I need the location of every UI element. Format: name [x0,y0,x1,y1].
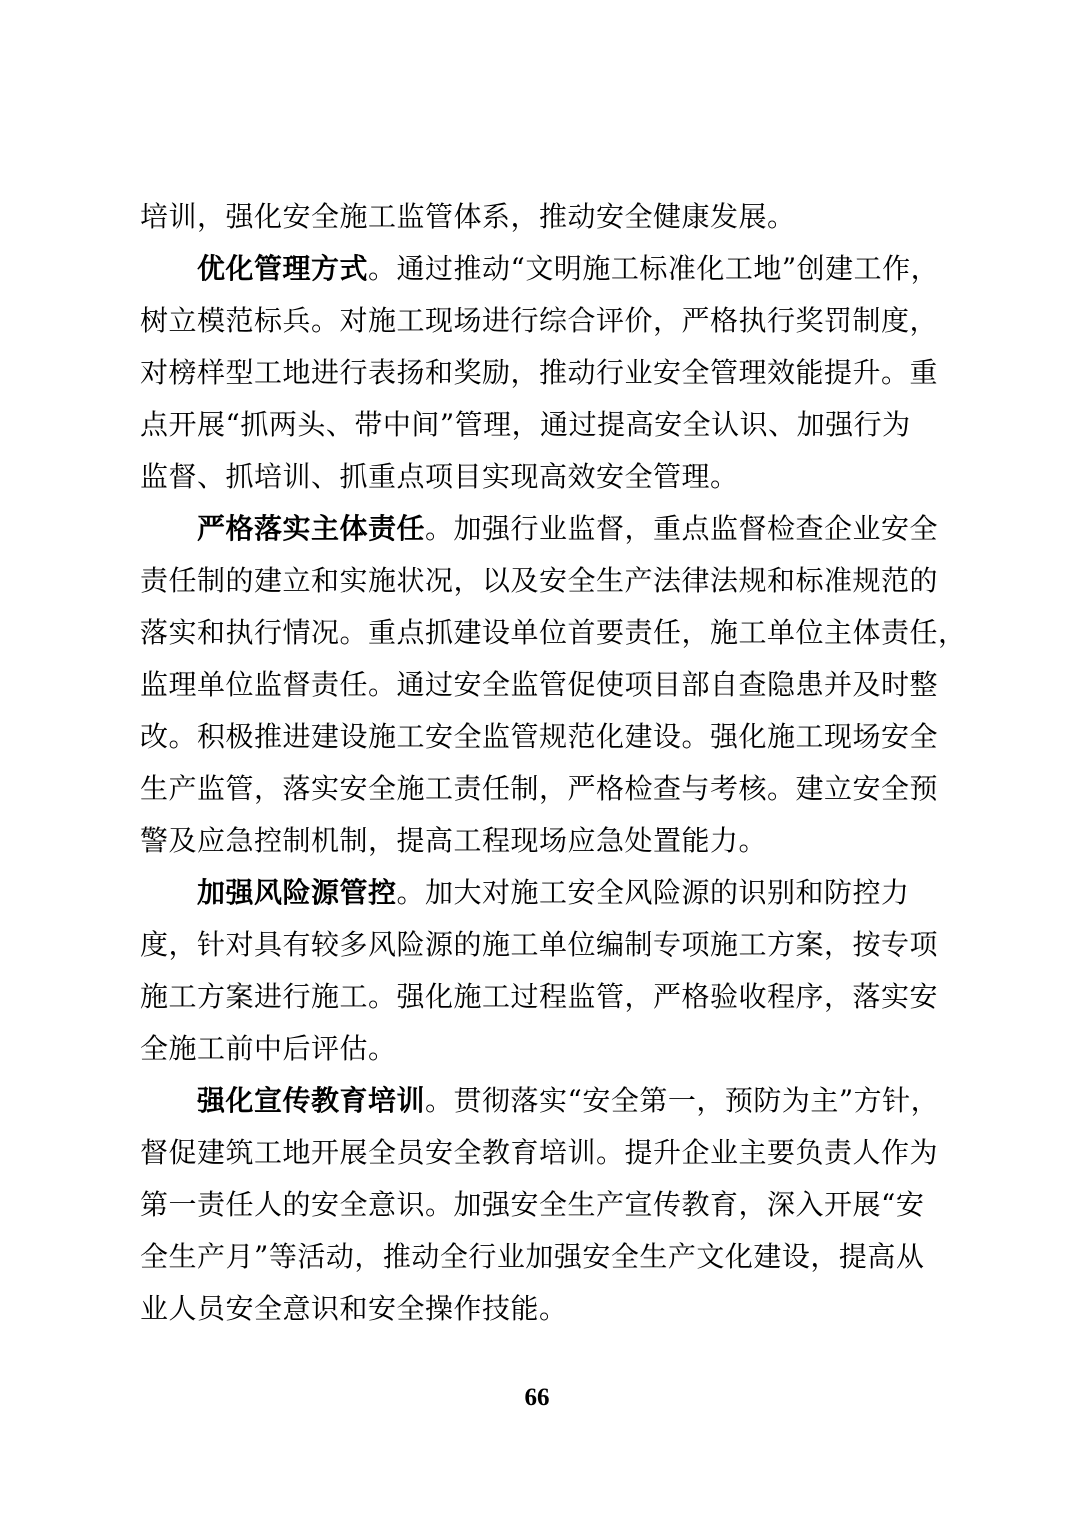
text-run: 。通过推动“文明施工标准化工地”创建工作， [368,252,939,285]
text-line: 培训，强化安全施工监管体系，推动安全健康发展。 [140,191,938,243]
text-run: 改。积极推进建设施工安全监管规范化建设。强化施工现场安全 [140,720,938,753]
text-line: 全生产月”等活动，推动全行业加强安全生产文化建设，提高从 [140,1231,938,1283]
text-line: 监督、抓培训、抓重点项目实现高效安全管理。 [140,451,938,503]
text-run: 。加大对施工安全风险源的识别和防控力 [397,876,910,909]
text-run: 对榜样型工地进行表扬和奖励，推动行业安全管理效能提升。重 [140,356,938,389]
text-run: 监理单位监督责任。通过安全监管促使项目部自查隐患并及时整 [140,668,938,701]
text-run: 落实和执行情况。重点抓建设单位首要责任，施工单位主体责任， [140,616,967,649]
text-line: 严格落实主体责任。加强行业监督，重点监督检查企业安全 [140,503,938,555]
paragraph-lead-bold: 加强风险源管控 [197,876,397,909]
text-run: 督促建筑工地开展全员安全教育培训。提升企业主要负责人作为 [140,1136,938,1169]
paragraph: 强化宣传教育培训。贯彻落实“安全第一，预防为主”方针，督促建筑工地开展全员安全教… [140,1075,938,1335]
text-run: 培训，强化安全施工监管体系，推动安全健康发展。 [140,200,796,233]
paragraph-lead-bold: 强化宣传教育培训 [197,1084,425,1117]
text-run: 树立模范标兵。对施工现场进行综合评价，严格执行奖罚制度， [140,304,938,337]
text-run: 业人员安全意识和安全操作技能。 [140,1292,568,1325]
text-run: 全施工前中后评估。 [140,1032,397,1065]
text-line: 施工方案进行施工。强化施工过程监管，严格验收程序，落实安 [140,971,938,1023]
text-line: 度，针对具有较多风险源的施工单位编制专项施工方案，按专项 [140,919,938,971]
text-line: 督促建筑工地开展全员安全教育培训。提升企业主要负责人作为 [140,1127,938,1179]
paragraph: 培训，强化安全施工监管体系，推动安全健康发展。 [140,191,938,243]
text-line: 责任制的建立和实施状况，以及安全生产法律法规和标准规范的 [140,555,938,607]
text-run: 。加强行业监督，重点监督检查企业安全 [425,512,938,545]
text-line: 强化宣传教育培训。贯彻落实“安全第一，预防为主”方针， [140,1075,938,1127]
text-run: 全生产月”等活动，推动全行业加强安全生产文化建设，提高从 [140,1240,924,1273]
paragraph: 优化管理方式。通过推动“文明施工标准化工地”创建工作，树立模范标兵。对施工现场进… [140,243,938,503]
paragraph: 加强风险源管控。加大对施工安全风险源的识别和防控力度，针对具有较多风险源的施工单… [140,867,938,1075]
text-run: 责任制的建立和实施状况，以及安全生产法律法规和标准规范的 [140,564,938,597]
text-run: 监督、抓培训、抓重点项目实现高效安全管理。 [140,460,739,493]
text-line: 生产监管，落实安全施工责任制，严格检查与考核。建立安全预 [140,763,938,815]
text-line: 点开展“抓两头、带中间”管理，通过提高安全认识、加强行为 [140,399,938,451]
text-line: 改。积极推进建设施工安全监管规范化建设。强化施工现场安全 [140,711,938,763]
text-line: 警及应急控制机制，提高工程现场应急处置能力。 [140,815,938,867]
paragraph-lead-bold: 严格落实主体责任 [197,512,425,545]
text-line: 业人员安全意识和安全操作技能。 [140,1283,938,1335]
text-run: 度，针对具有较多风险源的施工单位编制专项施工方案，按专项 [140,928,938,961]
text-line: 优化管理方式。通过推动“文明施工标准化工地”创建工作， [140,243,938,295]
text-run: 。贯彻落实“安全第一，预防为主”方针， [425,1084,939,1117]
document-page: 培训，强化安全施工监管体系，推动安全健康发展。优化管理方式。通过推动“文明施工标… [0,0,1074,1519]
text-line: 加强风险源管控。加大对施工安全风险源的识别和防控力 [140,867,938,919]
text-line: 全施工前中后评估。 [140,1023,938,1075]
text-line: 监理单位监督责任。通过安全监管促使项目部自查隐患并及时整 [140,659,938,711]
paragraph-lead-bold: 优化管理方式 [197,252,368,285]
paragraph: 严格落实主体责任。加强行业监督，重点监督检查企业安全责任制的建立和实施状况，以及… [140,503,938,867]
text-run: 第一责任人的安全意识。加强安全生产宣传教育，深入开展“安 [140,1188,924,1221]
text-run: 警及应急控制机制，提高工程现场应急处置能力。 [140,824,767,857]
text-line: 落实和执行情况。重点抓建设单位首要责任，施工单位主体责任， [140,607,938,659]
text-run: 施工方案进行施工。强化施工过程监管，严格验收程序，落实安 [140,980,938,1013]
text-line: 第一责任人的安全意识。加强安全生产宣传教育，深入开展“安 [140,1179,938,1231]
text-run: 点开展“抓两头、带中间”管理，通过提高安全认识、加强行为 [140,408,911,441]
text-line: 树立模范标兵。对施工现场进行综合评价，严格执行奖罚制度， [140,295,938,347]
text-line: 对榜样型工地进行表扬和奖励，推动行业安全管理效能提升。重 [140,347,938,399]
page-number: 66 [0,1381,1074,1415]
text-run: 生产监管，落实安全施工责任制，严格检查与考核。建立安全预 [140,772,938,805]
document-body: 培训，强化安全施工监管体系，推动安全健康发展。优化管理方式。通过推动“文明施工标… [140,191,938,1335]
